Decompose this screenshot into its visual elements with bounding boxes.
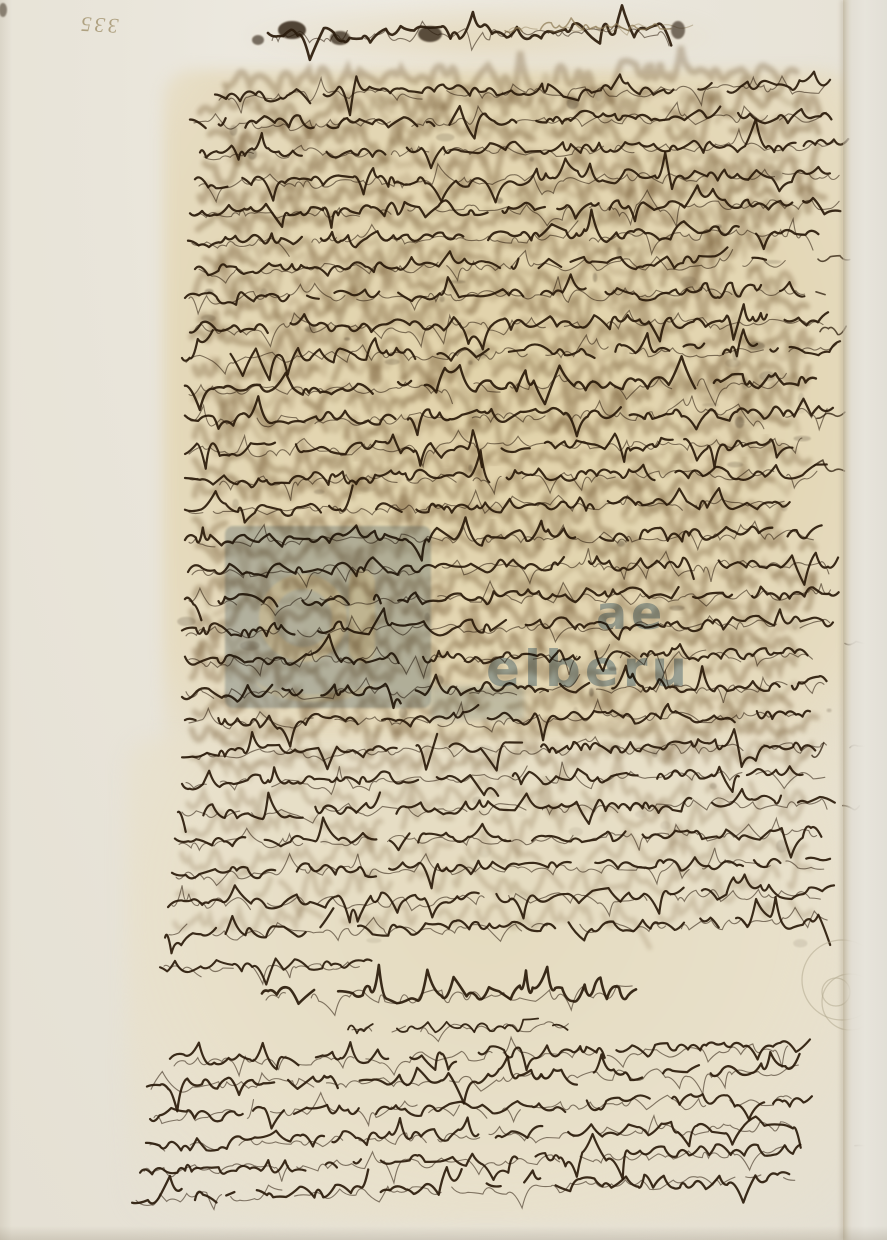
page-fore-edge xyxy=(843,0,887,1240)
handwriting-layer xyxy=(0,0,887,1240)
manuscript-page: 335 ae elberu xyxy=(0,0,887,1240)
folio-number: 335 xyxy=(77,11,119,38)
bottom-edge-shade xyxy=(0,1226,887,1240)
left-edge-shade xyxy=(0,0,12,1240)
